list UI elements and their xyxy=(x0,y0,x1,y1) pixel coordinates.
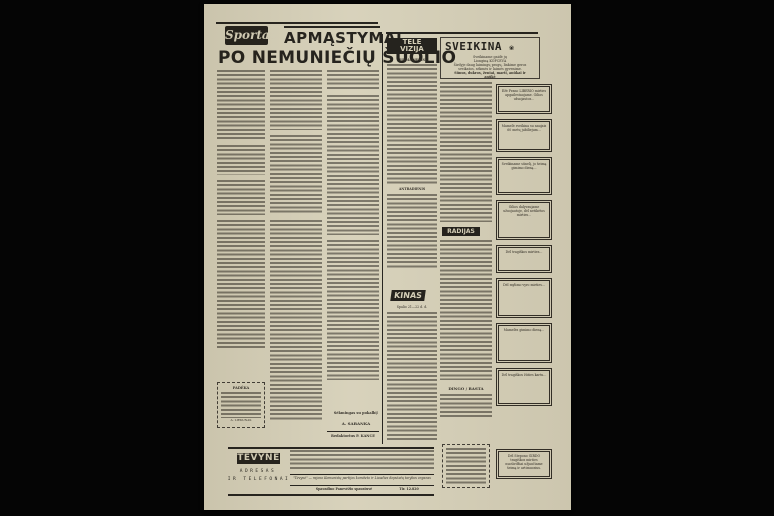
footer-phones-label: IR TELEFONAI xyxy=(224,477,294,482)
sportas-section-logo: Sportas xyxy=(225,26,268,45)
footer-top-rule xyxy=(228,447,434,449)
column-text-block xyxy=(217,220,265,350)
obituary-listing xyxy=(440,240,492,380)
notice-box-6: Dėl mylimo vyro mirties... xyxy=(496,278,552,318)
column-text-block xyxy=(327,70,379,90)
article-column-2 xyxy=(270,70,322,430)
signature-label: Sėkmingas su pokalbį! xyxy=(332,411,380,415)
tevyne-footer-logo: TĖVYNĖ xyxy=(237,453,280,464)
article-column-3 xyxy=(327,70,379,390)
televizija-section-logo: TELE VIZIJA xyxy=(387,38,437,54)
sveikina-greeting-box: SVEIKINA ❀ Sveikiname gaidė jų Lionginą … xyxy=(440,37,540,79)
padeka-notice-box: PADĖKA A. LIEKUNAS xyxy=(217,382,265,428)
column-text-block xyxy=(270,135,322,215)
lost-found-title: DINGO / RASTA xyxy=(440,386,492,391)
column-text-block xyxy=(327,240,379,380)
footer-address-text xyxy=(290,450,434,470)
editor-rule xyxy=(327,431,379,432)
column-text-block xyxy=(270,70,322,130)
headline-line-1: APMĄSTYMAI xyxy=(284,29,402,47)
column-text-block xyxy=(217,180,265,215)
lost-items-box xyxy=(442,444,490,488)
top-rule-left xyxy=(216,22,378,24)
radio-listing xyxy=(440,82,492,222)
footer-publisher: "Tėvynė" — rajono Komunistų partijos kom… xyxy=(290,476,434,480)
column-text-block xyxy=(217,70,265,140)
notice-box-5: Dėl tragiškos mirties... xyxy=(496,245,552,273)
tv-program-listing xyxy=(387,64,437,184)
notice-box-9: Dėl Stepono GIRDO tragiškos mirties nuoš… xyxy=(496,449,552,479)
footer-mid-rule xyxy=(290,474,434,475)
cinema-dates: Spalio 21—22 d. d. xyxy=(387,305,437,309)
footer-bottom-rule xyxy=(228,494,434,496)
notice-box-1: Ežė Prano LIBERIO mirties apgailestaujam… xyxy=(496,84,552,114)
notice-box-2: Mamelė sveikina su naujais 60 metų jubil… xyxy=(496,119,552,152)
flourish-icon: ❀ xyxy=(509,43,514,52)
notice-text xyxy=(221,392,261,418)
article-column-1 xyxy=(217,70,265,370)
tv-day2-header: ANTRADIENIS xyxy=(387,187,437,191)
greeting-text: Sveikiname gaidė jų Lionginą KOPCEVA Šir… xyxy=(449,55,531,79)
radijas-section-logo: RADIJAS xyxy=(442,227,480,236)
signature-name: A. SABANKA xyxy=(332,421,380,426)
footer-circulation: Tir. 12.820 xyxy=(389,487,429,491)
top-rule-right xyxy=(386,32,538,34)
column-text-block xyxy=(270,220,322,420)
footer-address-label: ADRESAS xyxy=(228,469,288,474)
column-text-block xyxy=(217,145,265,175)
notice-box-3: Sveikiname sūnelį, jo šeimą gimimo dieną… xyxy=(496,157,552,195)
headline-rule xyxy=(284,26,380,28)
notice-signature: A. LIEKUNAS xyxy=(221,418,261,422)
lost-found-text xyxy=(440,394,492,418)
notice-box-7: Mamelės gimimo dieną... xyxy=(496,323,552,363)
kinas-section-logo: KINAS xyxy=(390,290,426,301)
notice-title: PADĖKA xyxy=(221,386,261,390)
tv-day-header: PIRMADIENIS xyxy=(387,58,437,62)
cinema-listing xyxy=(387,312,437,442)
editor-label: Redaktorius P. KANCE xyxy=(327,434,379,438)
column-text-block xyxy=(327,95,379,235)
sveikina-title: SVEIKINA ❀ xyxy=(445,40,514,53)
notice-box-4: Gilios dalyvaujame užuojautoje, dėl neti… xyxy=(496,200,552,240)
column-divider-vertical xyxy=(382,34,383,444)
footer-low-rule xyxy=(290,485,434,486)
footer-print-house: Spausdino Panevėžio spaustuvė xyxy=(304,487,384,491)
tv-program-listing-2 xyxy=(387,194,437,269)
newspaper-page: Sportas APMĄSTYMAI PO NEMUNIEČIŲ ŠUOLIO … xyxy=(204,4,571,510)
notice-box-8: Dėl tragiškos žūties kartu... xyxy=(496,368,552,406)
